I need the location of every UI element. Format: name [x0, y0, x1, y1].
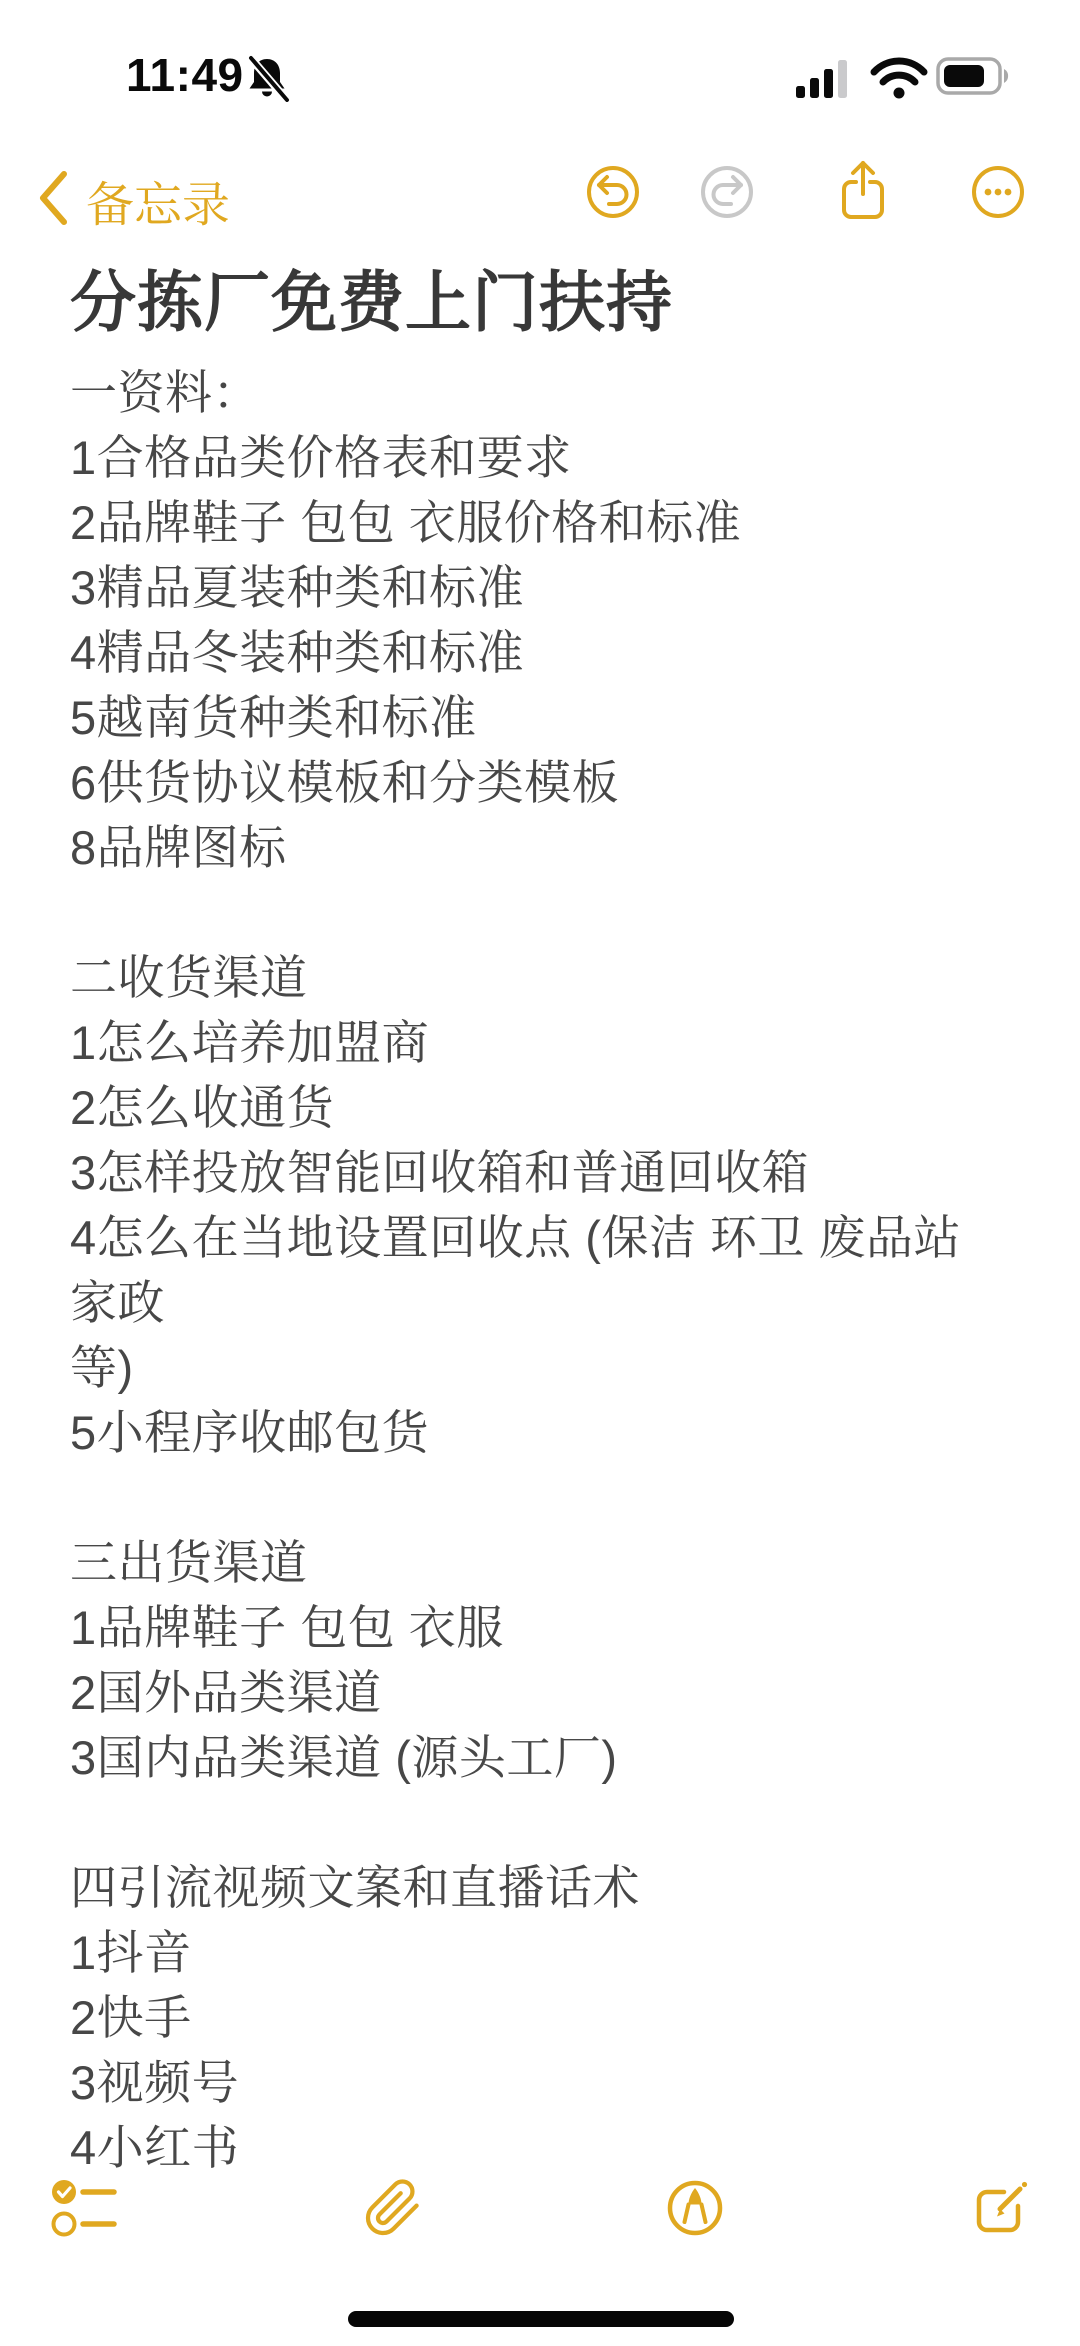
more-button[interactable]	[970, 164, 1026, 220]
ellipsis-icon	[970, 207, 1026, 224]
note-line: 3国内品类渠道 (源头工厂)	[70, 1725, 1022, 1790]
note-line: 1怎么培养加盟商	[70, 1010, 1022, 1075]
note-line: 4怎么在当地设置回收点 (保洁 环卫 废品站 家政	[70, 1205, 1022, 1335]
note-line: 5小程序收邮包货	[70, 1400, 1022, 1465]
note-line: 1品牌鞋子 包包 衣服	[70, 1595, 1022, 1660]
wifi-icon	[868, 56, 930, 100]
note-line: 2国外品类渠道	[70, 1660, 1022, 1725]
home-indicator[interactable]	[348, 2311, 734, 2327]
note-line: 三出货渠道	[70, 1530, 1022, 1595]
note-line: 四引流视频文案和直播话术	[70, 1855, 1022, 1920]
compose-button[interactable]	[968, 2177, 1030, 2244]
notes-app-screen: 11:49	[0, 0, 1080, 2346]
checklist-icon	[50, 2176, 120, 2245]
note-line: 3视频号	[70, 2050, 1022, 2115]
note-line: 8品牌图标	[70, 815, 1022, 880]
redo-icon	[699, 207, 755, 224]
share-icon	[838, 209, 888, 226]
battery-icon	[936, 56, 1014, 96]
chevron-left-icon	[38, 169, 68, 232]
note-line: 1抖音	[70, 1920, 1022, 1985]
share-button[interactable]	[838, 158, 888, 222]
bottom-toolbar	[0, 2162, 1080, 2258]
note-line: 二收货渠道	[70, 945, 1022, 1010]
note-line: 一资料：	[70, 360, 1022, 425]
status-bar: 11:49	[0, 0, 1080, 130]
paperclip-icon	[363, 2178, 423, 2243]
note-line	[70, 1790, 1022, 1855]
note-line: 3怎样投放智能回收箱和普通回收箱	[70, 1140, 1022, 1205]
note-line: 1合格品类价格表和要求	[70, 425, 1022, 490]
attachment-button[interactable]	[363, 2178, 423, 2243]
note-line	[70, 1465, 1022, 1530]
redo-button[interactable]	[699, 164, 755, 220]
note-line: 6供货协议模板和分类模板	[70, 750, 1022, 815]
checklist-button[interactable]	[50, 2176, 120, 2245]
note-line: 等)	[70, 1335, 1022, 1400]
back-button-label: 备忘录	[86, 166, 230, 235]
note-line	[70, 880, 1022, 945]
note-line: 2快手	[70, 1985, 1022, 2050]
undo-icon	[585, 207, 641, 224]
note-line: 5越南货种类和标准	[70, 685, 1022, 750]
note-title[interactable]: 分拣厂免费上门扶持	[70, 262, 1030, 342]
cellular-signal-icon	[792, 58, 856, 100]
undo-button[interactable]	[585, 164, 641, 220]
markup-pen-icon	[665, 2175, 725, 2246]
markup-button[interactable]	[665, 2175, 725, 2246]
note-body[interactable]: 一资料：1合格品类价格表和要求2品牌鞋子 包包 衣服价格和标准3精品夏装种类和标…	[70, 360, 1022, 2180]
note-line: 4精品冬装种类和标准	[70, 620, 1022, 685]
notifications-silenced-icon	[243, 54, 291, 102]
nav-bar: 备忘录	[0, 150, 1080, 260]
compose-icon	[968, 2177, 1030, 2244]
status-time: 11:49	[126, 48, 244, 102]
note-line: 2怎么收通货	[70, 1075, 1022, 1140]
note-line: 3精品夏装种类和标准	[70, 555, 1022, 620]
back-button[interactable]: 备忘录	[38, 150, 230, 250]
note-line: 2品牌鞋子 包包 衣服价格和标准	[70, 490, 1022, 555]
